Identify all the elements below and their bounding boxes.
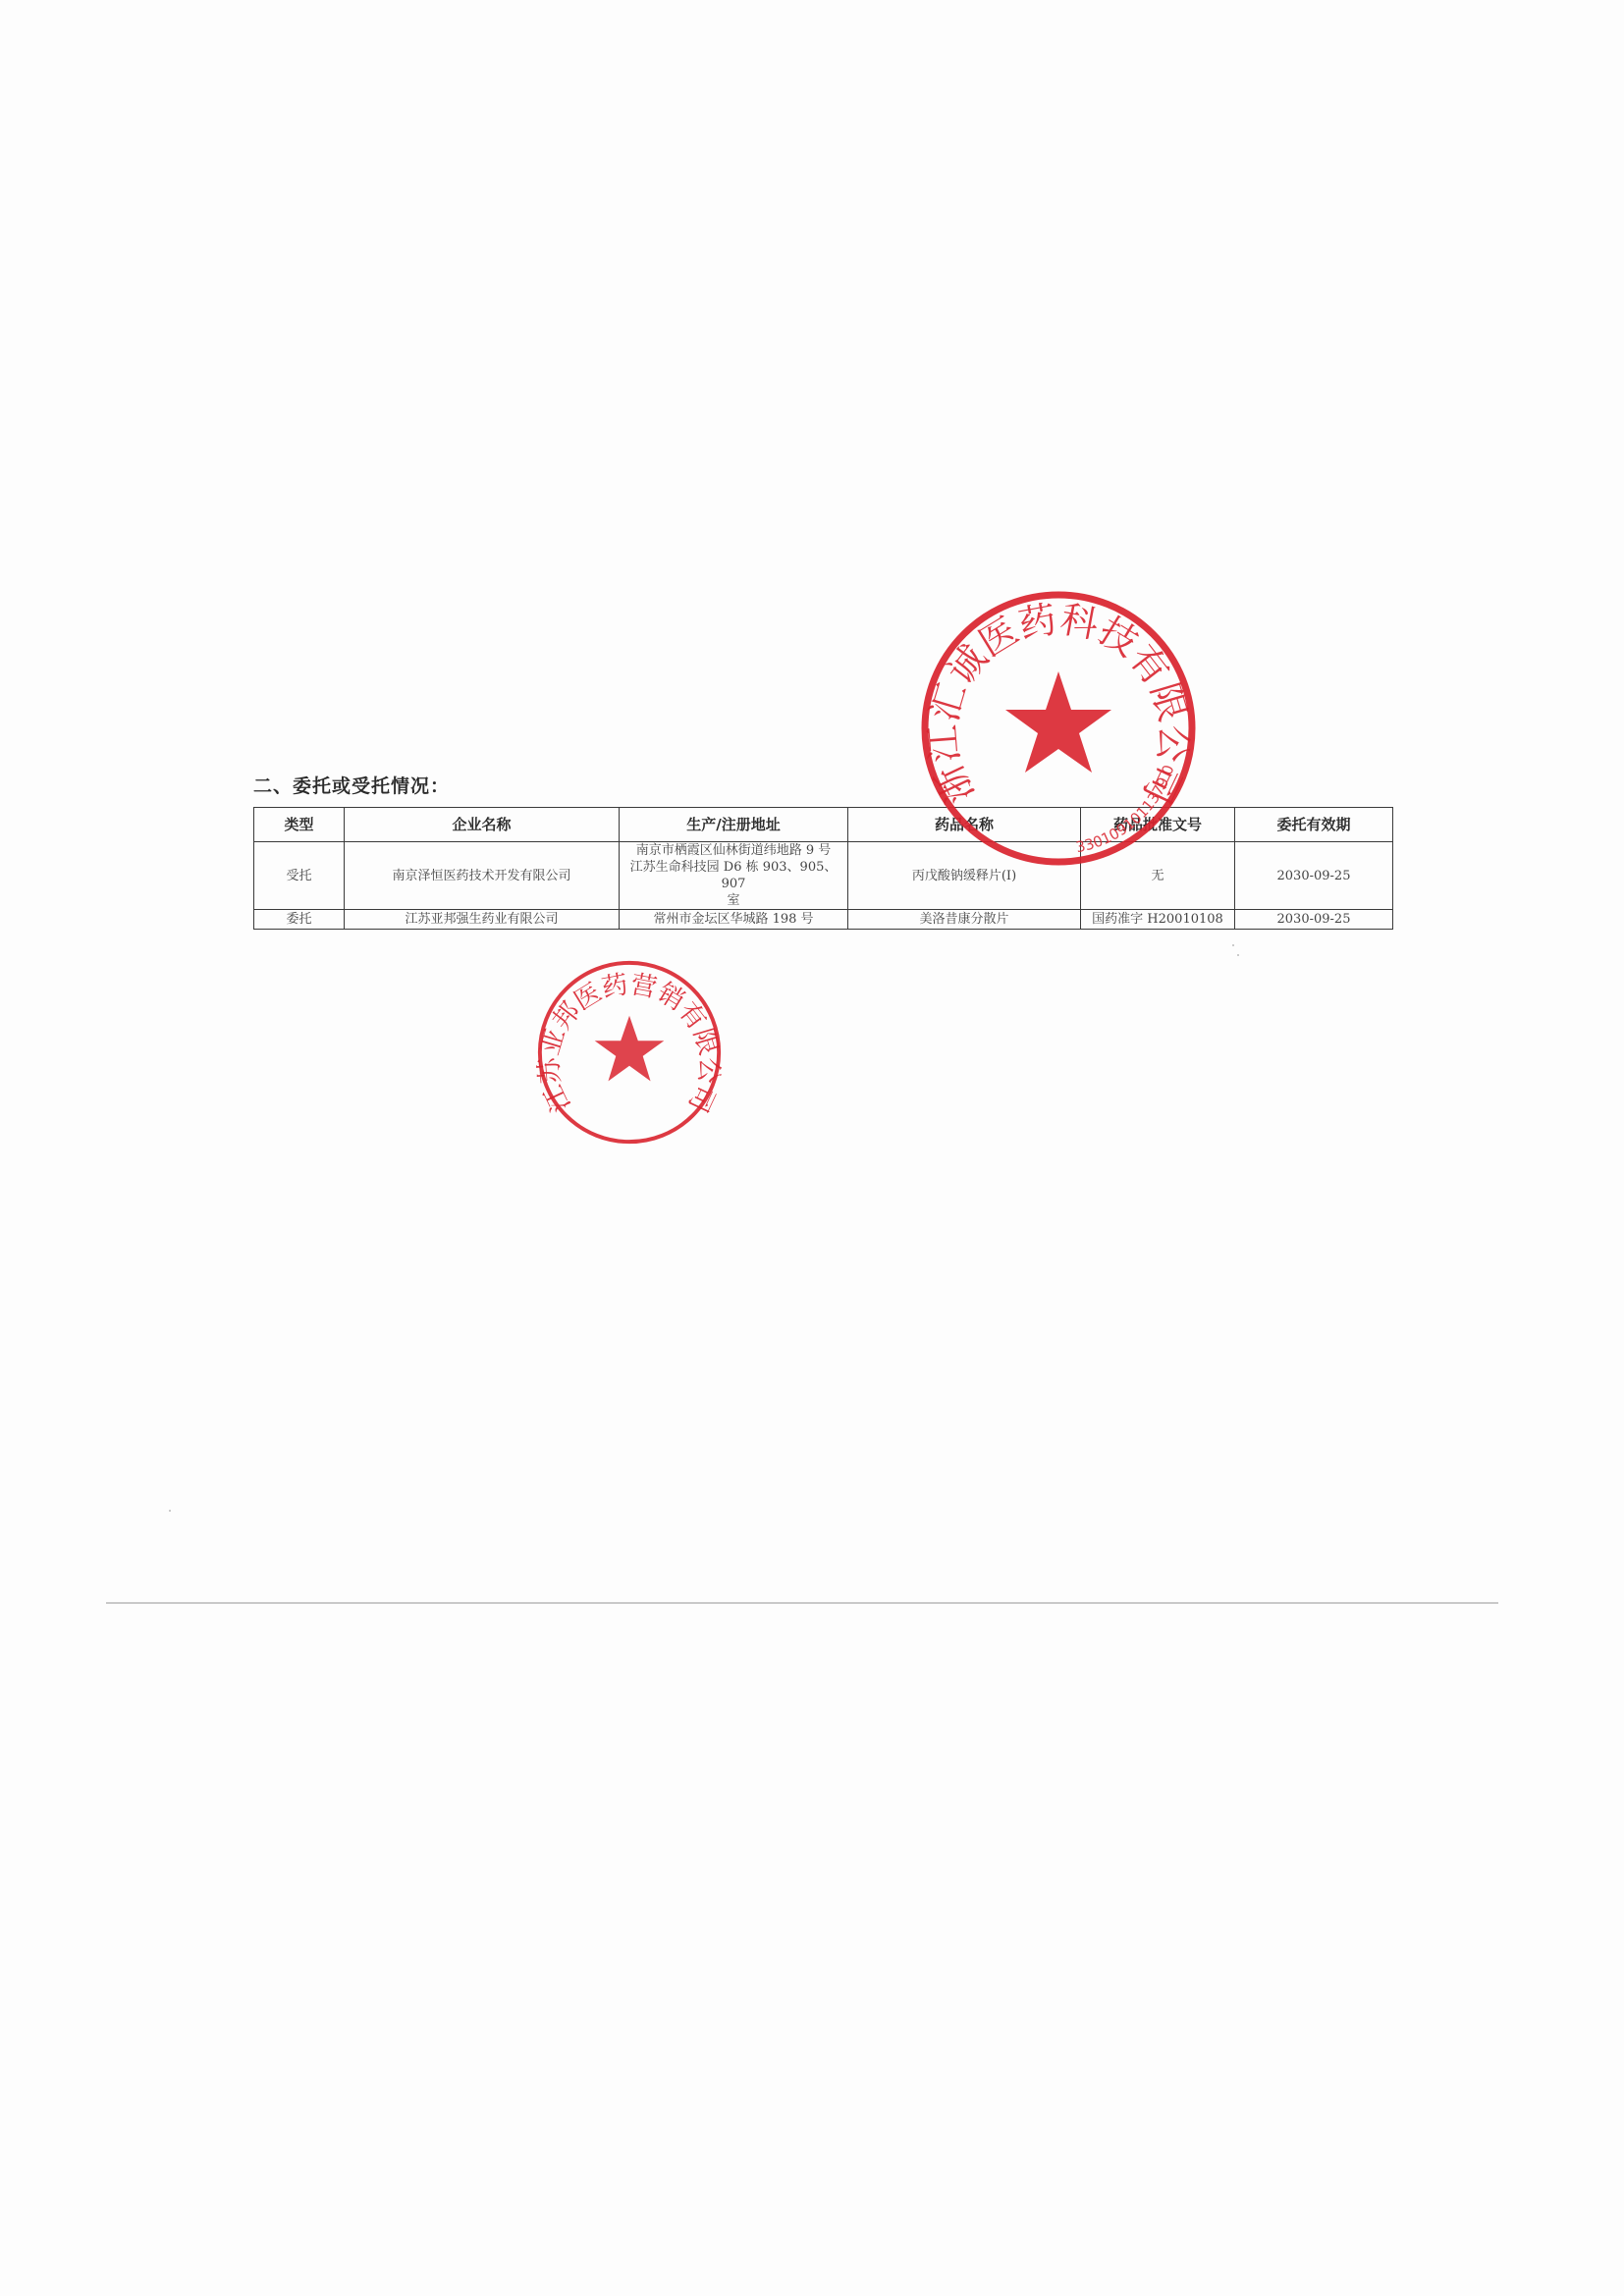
cell-valid-until: 2030-09-25	[1235, 842, 1393, 910]
scan-speck	[1232, 944, 1234, 946]
cell-type: 受托	[254, 842, 345, 910]
seal-text: 江苏亚邦医药营销有限公司	[534, 969, 726, 1116]
cell-company: 南京泽恒医药技术开发有限公司	[345, 842, 620, 910]
address-line: 常州市金坛区华城路 198 号	[622, 911, 845, 928]
section-title: 二、委托或受托情况：	[253, 772, 450, 798]
company-seal-stamp-2: 江苏亚邦医药营销有限公司	[533, 956, 726, 1148]
table-row: 受托 南京泽恒医药技术开发有限公司 南京市栖霞区仙林街道纬地路 9 号 江苏生命…	[254, 842, 1393, 910]
cell-approval-no: 无	[1081, 842, 1235, 910]
address-line: 江苏生命科技园 D6 栋 903、905、907	[622, 859, 845, 892]
cell-type: 委托	[254, 910, 345, 930]
address-line: 室	[622, 892, 845, 909]
entrust-table: 类型 企业名称 生产/注册地址 药品名称 药品批准文号 委托有效期 受托 南京泽…	[253, 807, 1393, 930]
header-drug-name: 药品名称	[848, 808, 1081, 842]
table-row: 委托 江苏亚邦强生药业有限公司 常州市金坛区华城路 198 号 美洛昔康分散片 …	[254, 910, 1393, 930]
cell-address: 南京市栖霞区仙林街道纬地路 9 号 江苏生命科技园 D6 栋 903、905、9…	[620, 842, 848, 910]
table-header-row: 类型 企业名称 生产/注册地址 药品名称 药品批准文号 委托有效期	[254, 808, 1393, 842]
svg-text:江苏亚邦医药营销有限公司: 江苏亚邦医药营销有限公司	[534, 969, 726, 1116]
header-approval-no: 药品批准文号	[1081, 808, 1235, 842]
header-valid-until: 委托有效期	[1235, 808, 1393, 842]
seal-text: 浙江汇诚医药科技有限公司	[921, 597, 1196, 810]
header-address: 生产/注册地址	[620, 808, 848, 842]
star-icon	[595, 1016, 665, 1082]
cell-company: 江苏亚邦强生药业有限公司	[345, 910, 620, 930]
svg-text:浙江汇诚医药科技有限公司: 浙江汇诚医药科技有限公司	[921, 597, 1196, 810]
page-bottom-rule	[106, 1602, 1498, 1604]
star-icon	[1005, 671, 1111, 773]
cell-approval-no: 国药准字 H20010108	[1081, 910, 1235, 930]
cell-valid-until: 2030-09-25	[1235, 910, 1393, 930]
cell-drug-name: 丙戊酸钠缓释片(Ⅰ)	[848, 842, 1081, 910]
scan-speck	[1237, 954, 1239, 956]
scan-speck	[169, 1510, 171, 1512]
cell-address: 常州市金坛区华城路 198 号	[620, 910, 848, 930]
address-line: 南京市栖霞区仙林街道纬地路 9 号	[622, 842, 845, 859]
cell-drug-name: 美洛昔康分散片	[848, 910, 1081, 930]
header-type: 类型	[254, 808, 345, 842]
header-company: 企业名称	[345, 808, 620, 842]
